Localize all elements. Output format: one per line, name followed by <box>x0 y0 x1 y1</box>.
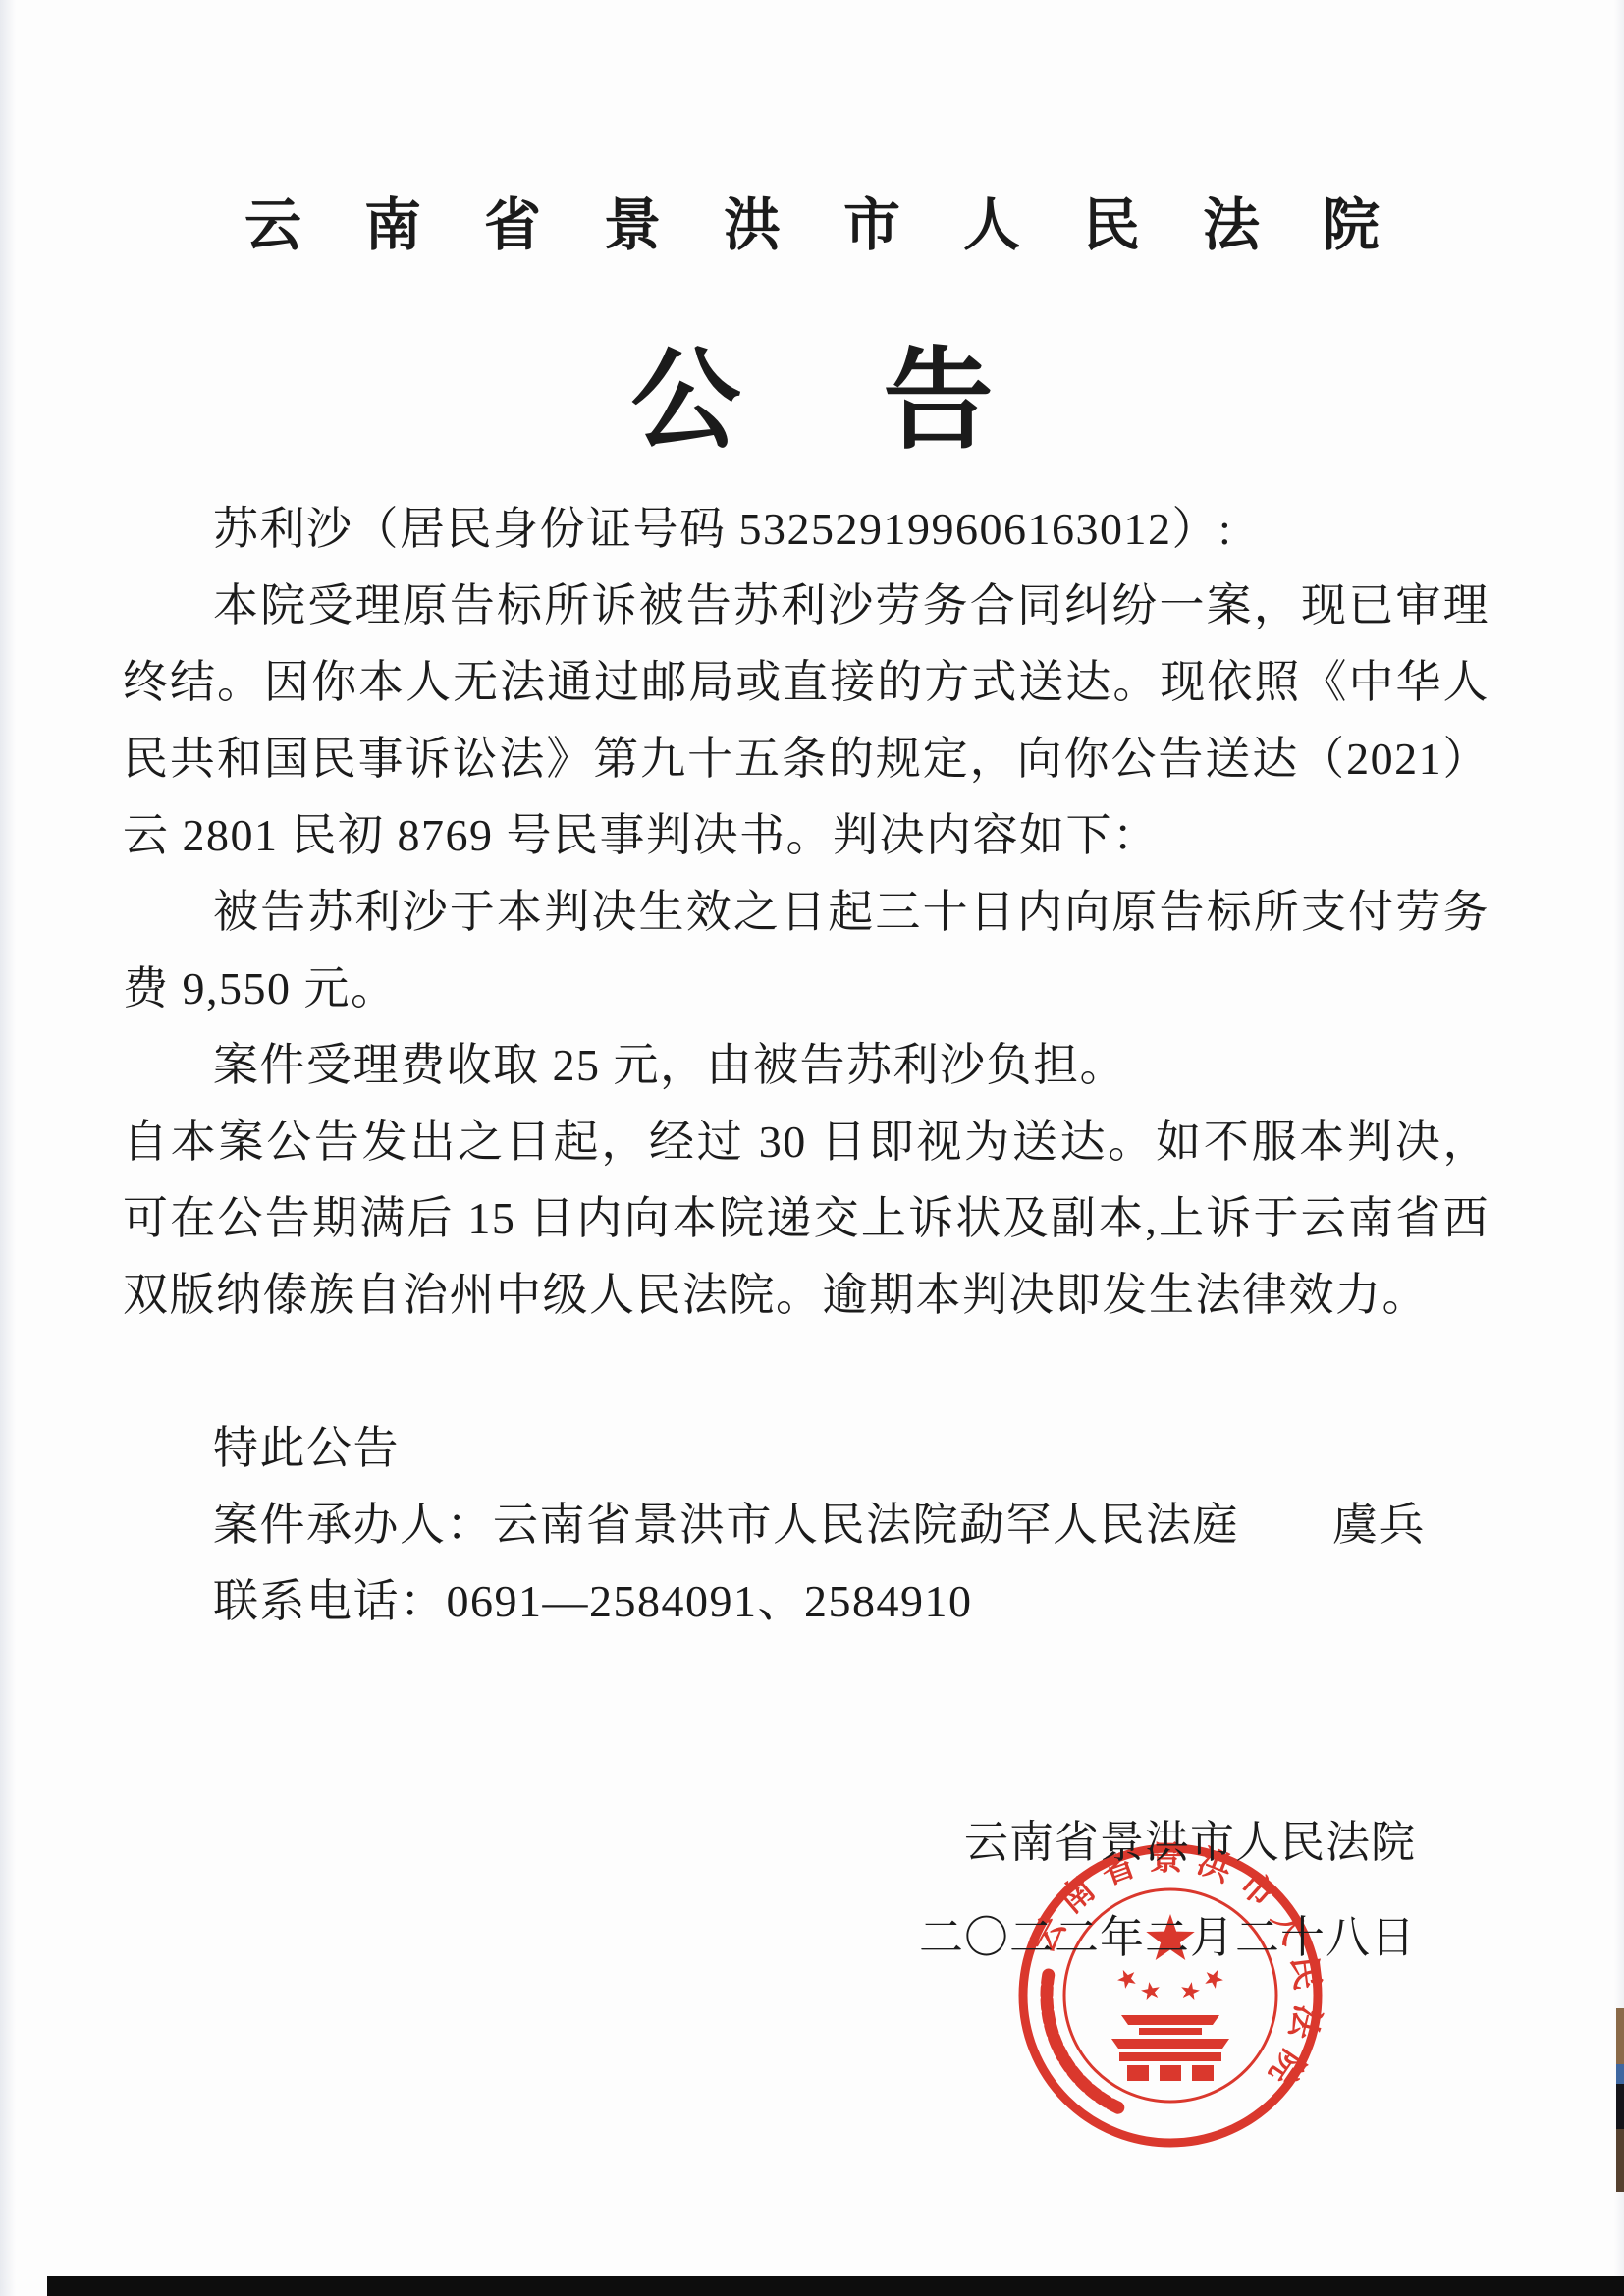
paragraph-judgment: 被告苏利沙于本判决生效之日起三十日内向原告标所支付劳务费 9,550 元。 <box>123 874 1489 1027</box>
emblem-gate-lower-roof <box>1111 2039 1229 2049</box>
paragraph-appeal-terms: 自本案公告发出之日起，经过 30 日即视为送达。如不服本判决，可在公告期满后 1… <box>123 1104 1489 1334</box>
signature-date: 二〇二二年二月二十八日 <box>919 1890 1416 1986</box>
scan-artifact-color-strip <box>1616 2064 1624 2084</box>
paragraph-fee: 案件受理费收取 25 元，由被告苏利沙负担。 <box>123 1027 1489 1104</box>
paragraph-hereby: 特此公告 <box>123 1410 1489 1487</box>
emblem-gate-pier <box>1127 2065 1149 2081</box>
emblem-gate-pier <box>1192 2065 1214 2081</box>
scan-artifact-color-strip <box>1616 2084 1624 2129</box>
emblem-gate-pier <box>1160 2065 1181 2081</box>
notice-title: 公告 <box>0 312 1624 470</box>
emblem-gate-roof <box>1121 2015 1219 2025</box>
scan-artifact-color-strip <box>1616 2129 1624 2192</box>
paragraph-case-summary: 本院受理原告标所诉被告苏利沙劳务合同纠纷一案，现已审理终结。因你本人无法通过邮局… <box>123 568 1489 874</box>
scan-artifact-bottom-bar <box>47 2276 1624 2296</box>
paragraph-case-handler: 案件承办人：云南省景洪市人民法院勐罕人民法庭 虞兵 <box>123 1487 1489 1563</box>
signature-block: 云南省景洪市人民法院 二〇二二年二月二十八日 <box>919 1795 1416 1986</box>
emblem-gate-wall <box>1139 2028 1202 2035</box>
notice-body: 苏利沙（居民身份证号码 532529199606163012）: 本院受理原告标… <box>123 491 1489 1640</box>
emblem-gate-platform <box>1119 2052 1221 2061</box>
scan-artifact-color-strip <box>1616 2008 1624 2064</box>
paragraph-contact-phone: 联系电话：0691—2584091、2584910 <box>123 1563 1489 1640</box>
document-page: 云南省景洪市人民法院 公告 苏利沙（居民身份证号码 53252919960616… <box>0 0 1624 2296</box>
paragraph-addressee: 苏利沙（居民身份证号码 532529199606163012）: <box>123 491 1489 568</box>
court-header: 云南省景洪市人民法院 <box>0 179 1624 261</box>
signature-court-name: 云南省景洪市人民法院 <box>919 1795 1416 1890</box>
